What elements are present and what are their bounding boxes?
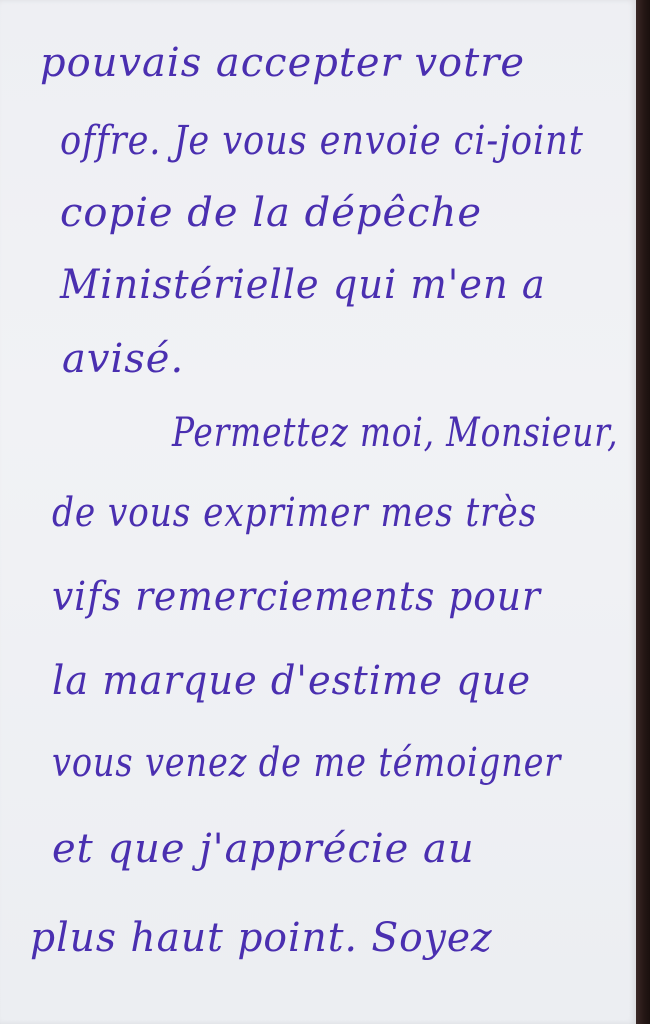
letter-line-9: la marque d'estime que [52, 658, 531, 704]
letter-line-8: vifs remerciements pour [52, 574, 541, 620]
letter-line-6: Permettez moi, Monsieur, [172, 410, 618, 456]
letter-line-1: pouvais accepter votre [40, 40, 585, 86]
letter-line-11: et que j'apprécie au [52, 826, 475, 872]
paper-edge-shadow [636, 0, 650, 1024]
letter-line-2: offre. Je vous envoie ci-joint [60, 118, 584, 164]
letter-page: pouvais accepter votre offre. Je vous en… [0, 0, 636, 1024]
letter-line-4: Ministérielle qui m'en a [60, 262, 546, 308]
letter-line-7: de vous exprimer mes très [52, 490, 537, 536]
letter-line-12: plus haut point. Soyez [30, 915, 493, 961]
letter-line-5: avisé. [62, 336, 184, 382]
letter-line-3: copie de la dépêche [60, 190, 482, 236]
letter-line-10: vous venez de me témoigner [52, 740, 561, 786]
